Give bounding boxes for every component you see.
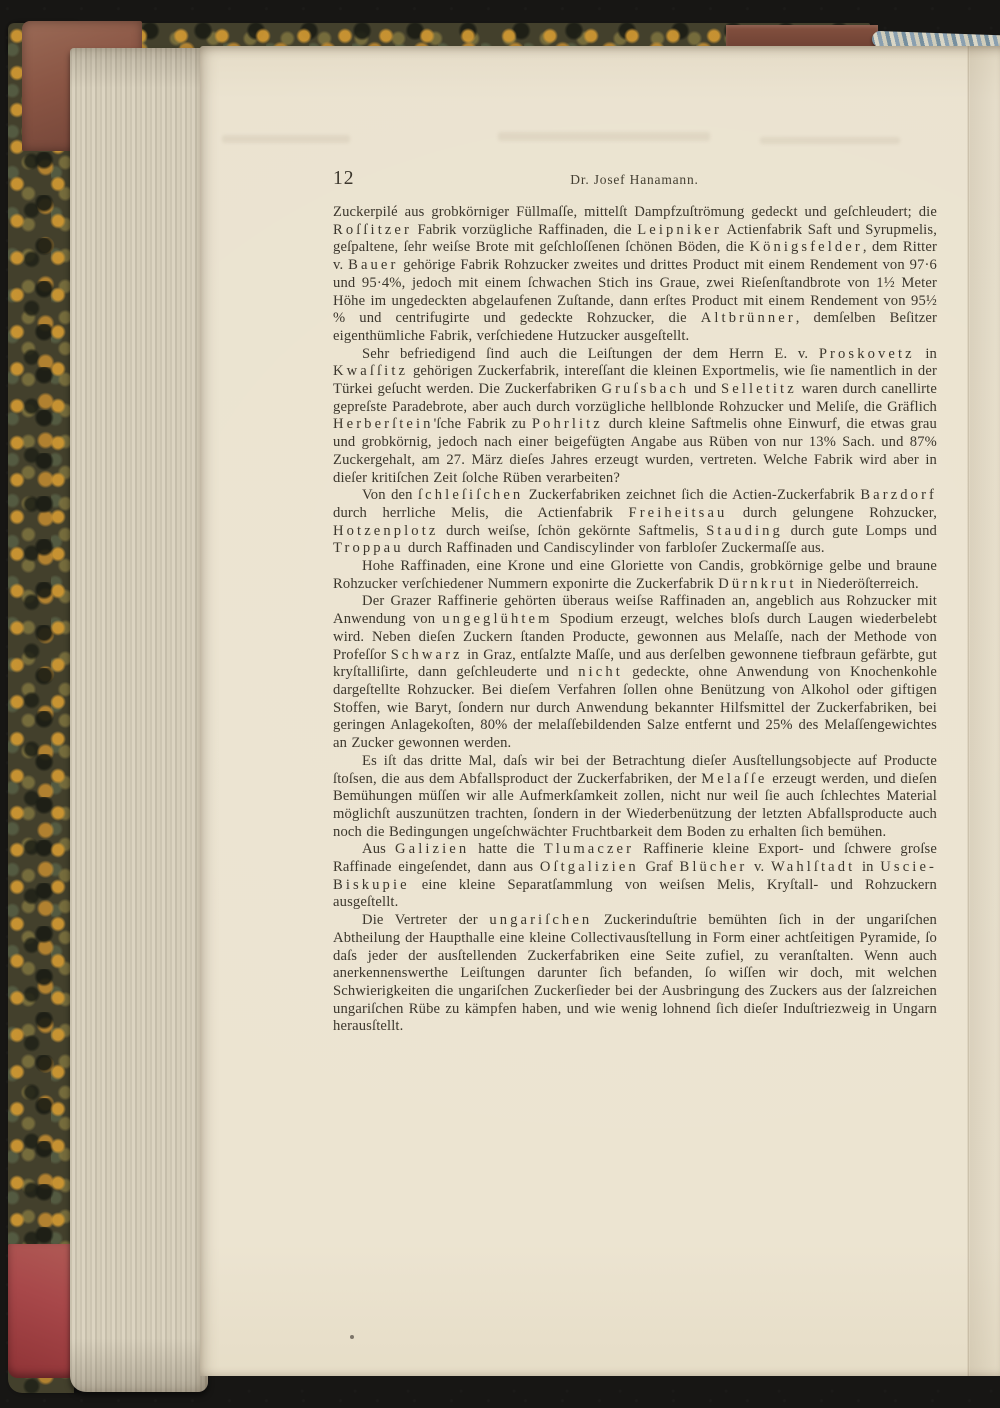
paragraph: Die Vertreter der ungariſchen Zuckerindu… — [333, 912, 937, 1036]
text-segment: v. — [747, 859, 771, 875]
text-segment: durch gelungene Rohzucker, — [727, 505, 937, 521]
text-segment: Sehr befriedigend ſind auch die Leiſtung… — [362, 346, 819, 362]
letterspaced-name: Herberſtein — [333, 416, 434, 432]
ink-speck — [350, 1335, 354, 1339]
text-segment: Zuckerinduſtrie bemühten ſich in der ung… — [333, 912, 937, 1034]
bleedthrough-artifact — [498, 132, 710, 141]
letterspaced-name: Stauding — [706, 523, 783, 539]
letterspaced-name: Blücher — [679, 859, 747, 875]
text-segment: hatte die — [469, 841, 544, 857]
page-text: Zuckerpilé aus grobkörniger Füllmaſſe, m… — [333, 204, 937, 1036]
letterspaced-name: Troppau — [333, 540, 404, 556]
paragraph: Von den ſchleſiſchen Zuckerfabriken zeic… — [333, 487, 937, 558]
text-segment: Die Vertreter der — [362, 912, 489, 928]
letterspaced-name: ſchleſiſchen — [418, 487, 523, 503]
text-segment: durch weiſse, ſchön gekörnte Saftmelis, — [438, 523, 706, 539]
letterspaced-name: Wahlſtadt — [771, 859, 855, 875]
paragraph: Aus Galizien hatte die Tlumaczer Raffine… — [333, 841, 937, 912]
paragraph: Zuckerpilé aus grobkörniger Füllmaſſe, m… — [333, 204, 937, 346]
page-edge-stack — [70, 48, 208, 1392]
text-segment: Zuckerfabriken zeichnet ſich die Actien-… — [523, 487, 860, 503]
letterspaced-name: Hotzenplotz — [333, 523, 438, 539]
text-segment: Aus — [362, 841, 395, 857]
letterspaced-name: Kwaſſitz — [333, 363, 408, 379]
letterspaced-name: Königsfelder — [749, 239, 862, 255]
letterspaced-name: Roſſitzer — [333, 222, 412, 238]
letterspaced-name: ungariſchen — [489, 912, 592, 928]
letterspaced-name: ungeglühtem — [442, 611, 552, 627]
letterspaced-name: Melaſſe — [701, 771, 767, 787]
paragraph: Sehr befriedigend ſind auch die Leiſtung… — [333, 346, 937, 488]
bleedthrough-artifact — [760, 137, 900, 144]
letterspaced-name: Leipniker — [637, 222, 722, 238]
leather-corner-bottom-left — [8, 1244, 76, 1378]
page-header: 12 Dr. Josef Hanamann. — [333, 168, 936, 194]
letterspaced-name: Oſtgalizien — [540, 859, 639, 875]
paragraph: Es iſt das dritte Mal, daſs wir bei der … — [333, 753, 937, 842]
letterspaced-name: Pohrlitz — [532, 416, 603, 432]
text-segment: 'ſche Fabrik zu — [434, 416, 532, 432]
letterspaced-name: Altbrünner — [701, 310, 796, 326]
letterspaced-name: Barzdorf — [860, 487, 937, 503]
letterspaced-name: Selletitz — [721, 381, 797, 397]
letterspaced-name: Freiheitsau — [628, 505, 727, 521]
text-segment: durch Raffinaden und Candiscylinder von … — [404, 540, 825, 556]
paragraph: Der Grazer Raffinerie gehörten überaus w… — [333, 593, 937, 752]
letterspaced-name: Gruſsbach — [601, 381, 689, 397]
letterspaced-name: Tlumaczer — [544, 841, 634, 857]
bleedthrough-artifact — [222, 135, 350, 143]
text-segment: in Niederöſterreich. — [797, 576, 919, 592]
text-segment: Fabrik vorzügliche Raffinaden, die — [412, 222, 637, 238]
letterspaced-name: Schwarz — [391, 647, 463, 663]
gutter-shading — [970, 46, 1000, 1376]
text-segment: eine kleine Separatſammlung von weiſsen … — [333, 877, 937, 911]
text-segment: durch gute Lomps und — [783, 523, 937, 539]
letterspaced-name: Galizien — [395, 841, 469, 857]
scanned-book-photo: 12 Dr. Josef Hanamann. Zuckerpilé aus gr… — [0, 0, 1000, 1408]
paragraph: Hohe Raffinaden, eine Krone und eine Glo… — [333, 558, 937, 593]
text-segment: Graf — [639, 859, 680, 875]
book-cover-left-edge — [8, 23, 74, 1393]
letterspaced-name: Proskovetz — [819, 346, 915, 362]
letterspaced-name: Bauer — [348, 257, 398, 273]
text-segment: und — [689, 381, 721, 397]
letterspaced-name: nicht — [578, 664, 623, 680]
running-header: Dr. Josef Hanamann. — [333, 172, 936, 188]
letterspaced-name: Dürnkrut — [718, 576, 796, 592]
text-segment: in — [915, 346, 937, 362]
text-segment: Von den — [362, 487, 418, 503]
text-segment: durch herrliche Melis, die Actienfabrik — [333, 505, 628, 521]
text-segment: in — [855, 859, 880, 875]
text-segment: Zuckerpilé aus grobkörniger Füllmaſſe, m… — [333, 204, 937, 220]
